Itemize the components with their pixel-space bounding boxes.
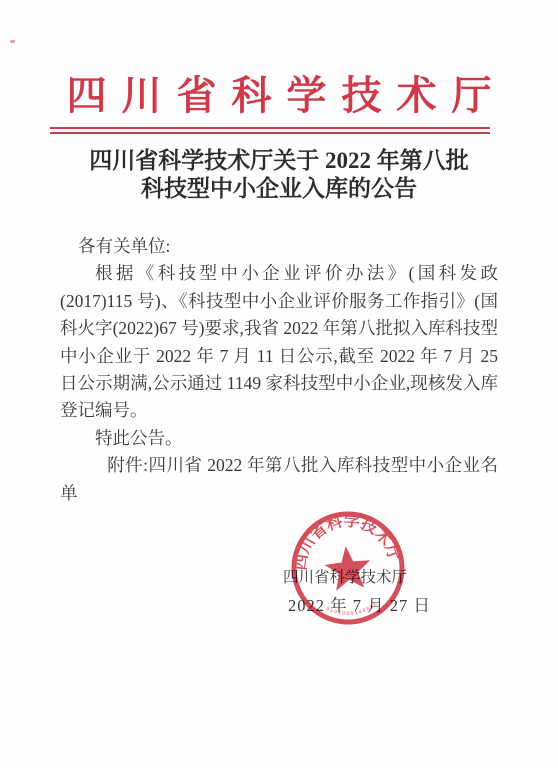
letterhead-agency-name: 四川省科学技术厅 (0, 64, 558, 121)
document-body: 各有关单位: 根据《科技型中小企业评价办法》(国科发政(2017)115 号)、… (60, 233, 498, 507)
attachment-line: 附件:四川省 2022 年第八批入库科技型中小企业名单 (60, 452, 498, 507)
main-paragraph: 根据《科技型中小企业评价办法》(国科发政(2017)115 号)、《科技型中小企… (60, 260, 498, 424)
letterhead-divider (50, 127, 490, 134)
official-seal: 四川省科学技术厅 5101000146885 (280, 500, 416, 636)
scan-artifact (10, 40, 15, 43)
salutation: 各有关单位: (60, 233, 498, 260)
closing-line: 特此公告。 (60, 425, 498, 452)
document-title-line1: 四川省科学技术厅关于 2022 年第八批 (29, 147, 529, 175)
seal-star-icon (323, 544, 373, 592)
document-title-line2: 科技型中小企业入库的公告 (29, 175, 529, 203)
document-page: 四川省科学技术厅 四川省科学技术厅关于 2022 年第八批 科技型中小企业入库的… (0, 0, 558, 768)
document-title: 四川省科学技术厅关于 2022 年第八批 科技型中小企业入库的公告 (29, 147, 529, 203)
